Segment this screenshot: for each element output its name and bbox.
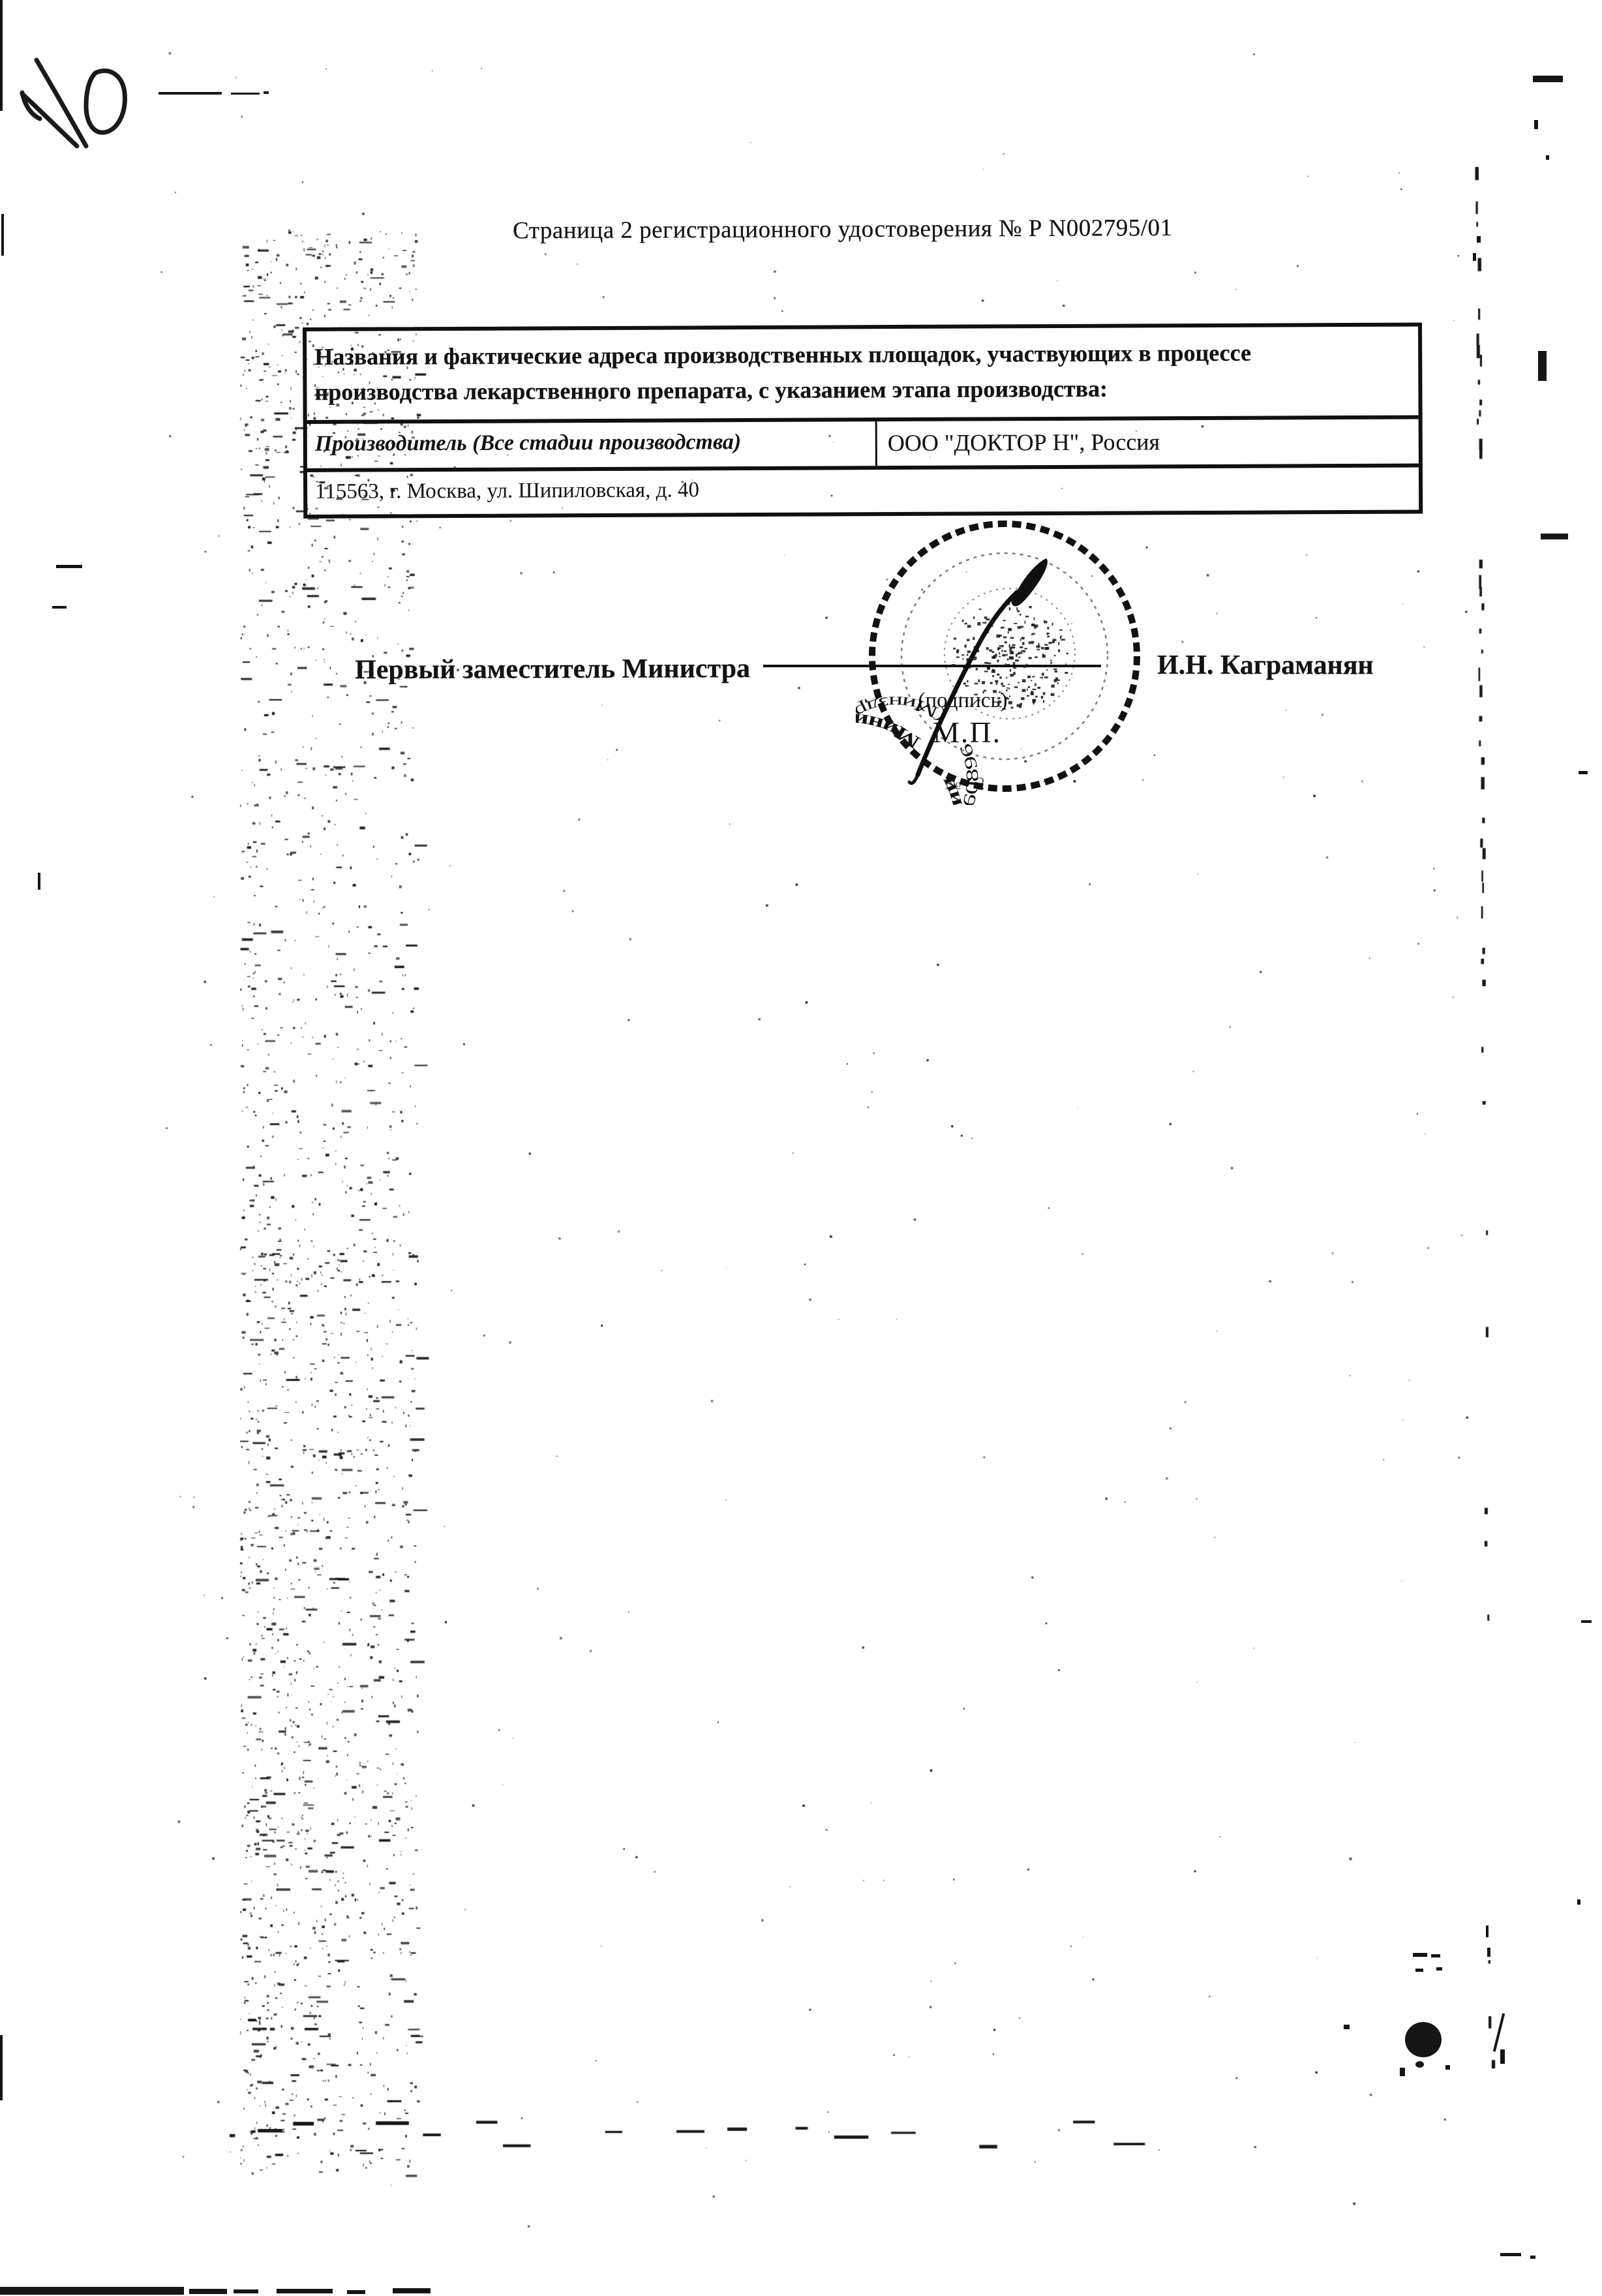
ministry-seal-stamp: Министерство здравоохранения Российской …	[856, 507, 1153, 805]
scanned-certificate-page: Страница 2 регистрационного удостоверени…	[0, 0, 1602, 2296]
scan-speck	[1400, 2068, 1405, 2076]
seal-number: № 2	[945, 774, 990, 793]
scan-speck	[1344, 2025, 1350, 2029]
page-edge-artifact	[0, 2287, 184, 2295]
page-edge-artifact	[189, 2289, 227, 2294]
scan-speck	[52, 606, 67, 609]
scan-speck	[1579, 771, 1588, 774]
scan-speck	[1530, 2256, 1535, 2259]
scan-speck	[1581, 1620, 1592, 1623]
table-row: Производитель (Все стадии производства) …	[307, 415, 1419, 468]
scan-speck	[1577, 1899, 1580, 1905]
scan-speck	[1538, 351, 1547, 381]
signature-stroke	[1011, 558, 1047, 606]
scan-speck	[38, 873, 40, 890]
page-edge-artifact	[277, 2289, 333, 2293]
scan-speck	[1541, 534, 1568, 539]
handwritten-mark	[9, 33, 159, 176]
scan-speck	[1500, 2049, 1505, 2064]
scan-speck	[1473, 253, 1476, 261]
page-edge-artifact	[347, 2290, 365, 2294]
page-edge-artifact	[1, 214, 4, 256]
signatory-title: Первый заместитель Министра	[355, 653, 750, 686]
page-header: Страница 2 регистрационного удостоверени…	[513, 214, 1173, 245]
page-edge-artifact	[0, 0, 3, 111]
scan-line-artifact	[231, 93, 260, 95]
scan-speck	[1477, 236, 1481, 243]
page-edge-artifact	[234, 2289, 258, 2293]
scan-speck	[1500, 2253, 1521, 2256]
scan-speck	[1415, 1969, 1423, 1972]
seal-place-label: М.П.	[933, 716, 1001, 749]
scan-speck	[1413, 1953, 1427, 1957]
producer-name-cell: ООО "ДОКТОР Н", Россия	[877, 419, 1419, 466]
scan-speck	[1546, 155, 1549, 160]
scan-speck	[1445, 2065, 1450, 2070]
producer-role-cell: Производитель (Все стадии производства)	[307, 421, 877, 468]
signature-caption: (подпись)	[918, 689, 1008, 712]
signature-stroke	[909, 775, 918, 783]
scan-speck	[1415, 2061, 1424, 2068]
signatory-name: И.Н. Каграманян	[1157, 650, 1374, 681]
table-header-cell: Названия и фактические адреса производст…	[307, 327, 1419, 420]
page-edge-artifact	[0, 2035, 3, 2100]
scan-speck	[1533, 76, 1563, 82]
scan-speck	[1493, 2013, 1505, 2051]
page-edge-artifact	[393, 2288, 431, 2293]
scan-speck	[1431, 1954, 1440, 1957]
scan-speck	[1487, 1948, 1490, 1957]
ink-dot-artifact	[1405, 2022, 1442, 2057]
scan-line-artifact	[159, 92, 222, 95]
scan-speck	[1436, 1967, 1442, 1971]
scan-speck	[1486, 1926, 1489, 1937]
scan-speck	[56, 565, 82, 568]
production-sites-table: Названия и фактические адреса производст…	[303, 323, 1423, 519]
scan-speck	[264, 91, 269, 94]
scan-speck	[1534, 120, 1538, 129]
